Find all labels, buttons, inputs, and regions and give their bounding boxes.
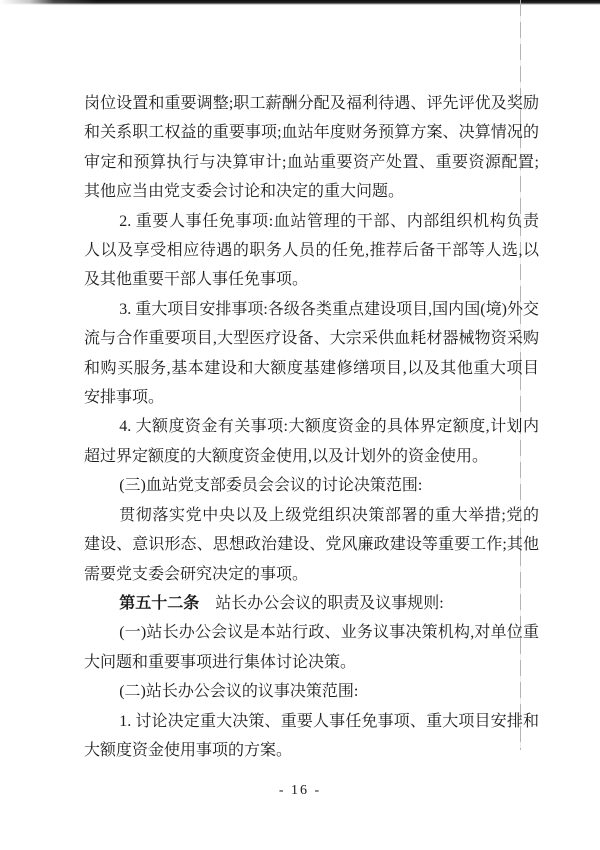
paragraph-item-2: 2. 重要人事任免事项:血站管理的干部、内部组织机构负责人以及享受相应待遇的职务… (84, 207, 539, 295)
paragraph-item-4: 4. 大额度资金有关事项:大额度资金的具体界定额度,计划内超过界定额度的大额度资… (84, 412, 539, 471)
paragraph-article-52: 第五十二条 站长办公会议的职责及议事规则: (84, 589, 539, 618)
document-body: 岗位设置和重要调整;职工薪酬分配及福利待遇、评先评优及奖励和关系职工权益的重要事… (84, 89, 539, 765)
paragraph-item-er: (二)站长办公会议的议事决策范围: (84, 677, 539, 706)
paragraph-continuation: 岗位设置和重要调整;职工薪酬分配及福利待遇、评先评优及奖励和关系职工权益的重要事… (84, 89, 539, 207)
scan-edge-artifact (0, 0, 600, 5)
paragraph-item-1: 1. 讨论决定重大决策、重要人事任免事项、重大项目安排和大额度资金使用事项的方案… (84, 707, 539, 766)
paragraph-item-yi: (一)站长办公会议是本站行政、业务议事决策机构,对单位重大问题和重要事项进行集体… (84, 618, 539, 677)
paragraph-item-3: 3. 重大项目安排事项:各级各类重点建设项目,国内国(境)外交流与合作重要项目,… (84, 295, 539, 413)
page-number: - 16 - (0, 783, 600, 799)
paragraph-section-3: (三)血站党支部委员会会议的讨论决策范围: (84, 471, 539, 500)
article-number-bold: 第五十二条 (119, 595, 199, 612)
paragraph-section-3-body: 贯彻落实党中央以及上级党组织决策部署的重大举措;党的建设、意识形态、思想政治建设… (84, 501, 539, 589)
document-page: 岗位设置和重要调整;职工薪酬分配及福利待遇、评先评优及奖励和关系职工权益的重要事… (0, 0, 600, 850)
